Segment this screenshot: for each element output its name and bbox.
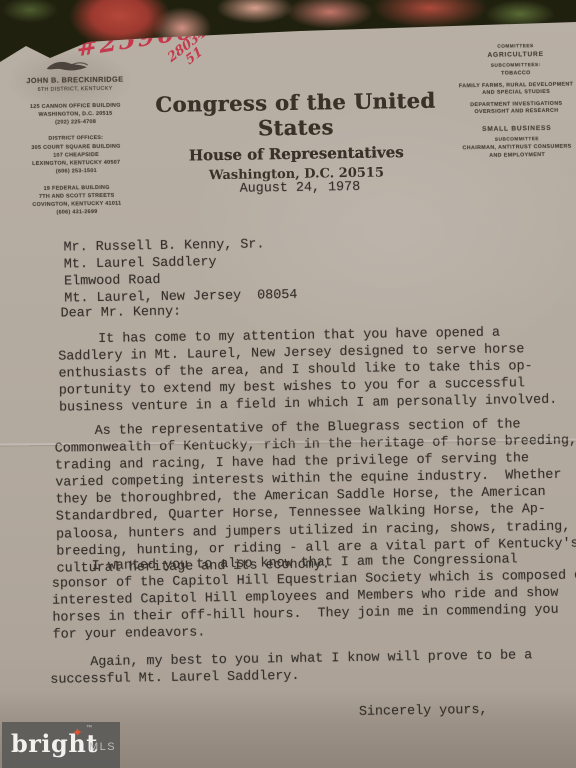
member-letterhead-block: JOHN B. BRECKINRIDGE 6TH DISTRICT, KENTU… [0, 74, 153, 226]
paragraph-3: I wanted you to also know that I am the … [51, 550, 576, 644]
date-text: August 24, 1978 [240, 179, 361, 198]
text-line: OVERSIGHT AND RESEARCH [431, 107, 576, 117]
subcommittee-family-farms: FAMILY FARMS, RURAL DEVELOPMENTAND SPECI… [431, 81, 576, 99]
lexington-office-address: 305 COURT SQUARE BUILDING107 CHEAPSIDELE… [0, 142, 152, 176]
recipient-address: Mr. Russell B. Kenny, Sr.Mt. Laurel Sadd… [63, 236, 297, 308]
paragraph-4: Again, my best to you in what I know wil… [50, 647, 533, 689]
text-line: (202) 225-4708 [0, 117, 152, 127]
sparkle-icon: ✦ [72, 725, 83, 741]
member-district: 6TH DISTRICT, KENTUCKY [0, 85, 151, 93]
closing-text: Sincerely yours, [359, 702, 488, 721]
letter-date: August 24, 1978 [240, 179, 361, 198]
trademark-symbol: ™ [86, 725, 92, 731]
mls-label: MLS [89, 741, 116, 753]
subcommittee-tobacco: TOBACCO [431, 69, 576, 79]
letter-paper: JOHN B. BRECKINRIDGE 6TH DISTRICT, KENTU… [0, 0, 576, 768]
brightmls-watermark: bright ✦ ™ MLS [2, 722, 120, 768]
district-offices-label: DISTRICT OFFICES: [0, 134, 152, 142]
salutation-text: Dear Mr. Kenny: [60, 304, 181, 323]
committee-agriculture: AGRICULTURE [431, 50, 576, 60]
text-line: (606) 253-1501 [0, 166, 152, 176]
committees-block: COMMITTEES AGRICULTURE SUBCOMMITTEES: TO… [430, 42, 576, 165]
brightmls-logo-text: bright [11, 729, 98, 758]
masthead-subtitle: House of Representatives [146, 142, 446, 165]
letter-content: JOHN B. BRECKINRIDGE 6TH DISTRICT, KENTU… [0, 0, 576, 768]
subcommittees-label: SUBCOMMITTEES: [431, 61, 576, 69]
subcommittee-antitrust: CHAIRMAN, ANTITRUST CONSUMERSAND EMPLOYM… [432, 143, 576, 161]
subcommittee-label: SUBCOMMITTEE [432, 135, 576, 143]
member-name: JOHN B. BRECKINRIDGE [0, 74, 151, 85]
text-line: (606) 431-2699 [1, 207, 153, 217]
masthead: Congress of the United States House of R… [145, 87, 446, 184]
subcommittee-dept-investigations: DEPARTMENT INVESTIGATIONSOVERSIGHT AND R… [431, 100, 576, 118]
committees-label: COMMITTEES [430, 42, 576, 50]
washington-office-address: 125 CANNON OFFICE BUILDINGWASHINGTON, D.… [0, 101, 152, 127]
text-line: TOBACCO [431, 69, 576, 79]
closing: Sincerely yours, [359, 702, 488, 721]
masthead-title: Congress of the United States [145, 87, 446, 142]
covington-office-address: 19 FEDERAL BUILDING7TH AND SCOTT STREETS… [1, 183, 153, 217]
text-line: AND SPECIAL STUDIES [431, 88, 576, 98]
committee-small-business: SMALL BUSINESS [432, 124, 576, 134]
letter-photo: { "photo": { "handwriting": { "lot_numbe… [0, 0, 576, 768]
paragraph-1: It has come to my attention that you hav… [58, 324, 557, 417]
text-line: AND EMPLOYMENT [432, 151, 576, 161]
salutation: Dear Mr. Kenny: [60, 304, 181, 323]
